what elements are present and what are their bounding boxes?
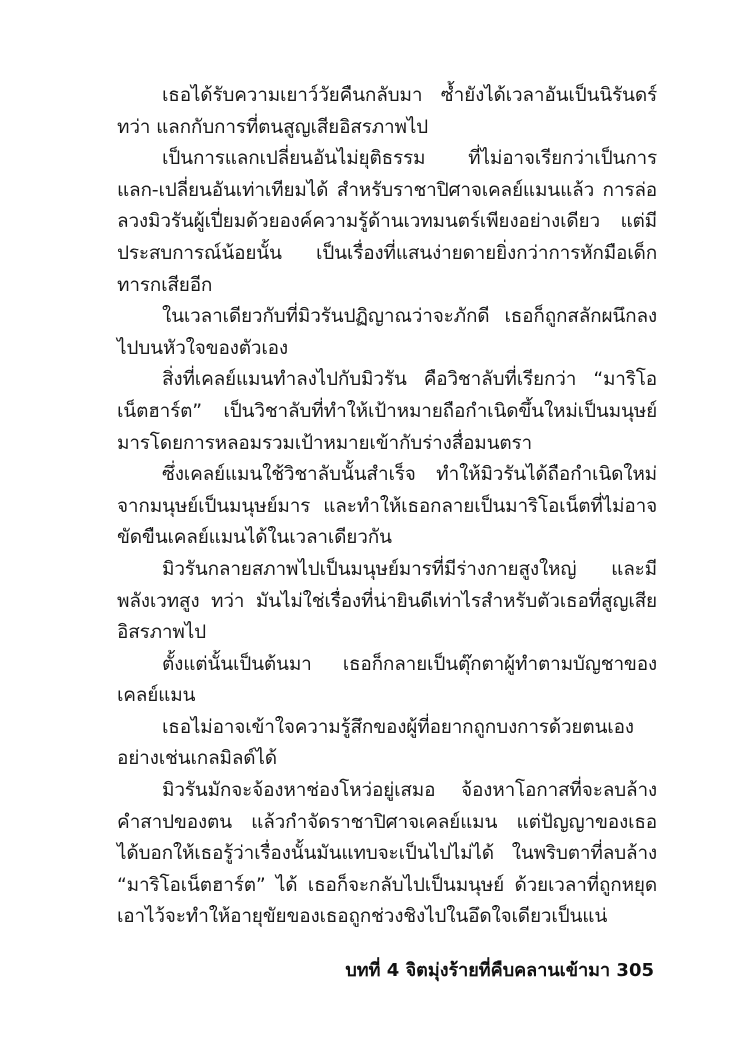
page-footer: บทที่ 4 จิตมุ่งร้ายที่คืบคลานเข้ามา 305 bbox=[345, 955, 654, 984]
paragraph: ซึ่งเคลย์แมนใช้วิชาลับนั้นสำเร็จ ทำให้มิ… bbox=[117, 459, 657, 554]
paragraph: ตั้งแต่นั้นเป็นต้นมา เธอก็กลายเป็นตุ๊กตา… bbox=[117, 649, 657, 712]
paragraph: มิวรันกลายสภาพไปเป็นมนุษย์มารที่มีร่างกา… bbox=[117, 554, 657, 649]
paragraph: ในเวลาเดียวกับที่มิวรันปฏิญาณว่าจะภักดี … bbox=[117, 301, 657, 364]
paragraph: เป็นการแลกเปลี่ยนอันไม่ยุติธรรม ที่ไม่อา… bbox=[117, 143, 657, 301]
paragraph: เธอได้รับความเยาว์วัยคืนกลับมา ซ้ำยังได้… bbox=[117, 80, 657, 143]
paragraph: มิวรันมักจะจ้องหาช่องโหว่อยู่เสมอ จ้องหา… bbox=[117, 775, 657, 933]
page-body: เธอได้รับความเยาว์วัยคืนกลับมา ซ้ำยังได้… bbox=[117, 80, 657, 933]
paragraph: เธอไม่อาจเข้าใจความรู้สึกของผู้ที่อยากถู… bbox=[117, 712, 657, 775]
paragraph: สิ่งที่เคลย์แมนทำลงไปกับมิวรัน คือวิชาลั… bbox=[117, 364, 657, 459]
